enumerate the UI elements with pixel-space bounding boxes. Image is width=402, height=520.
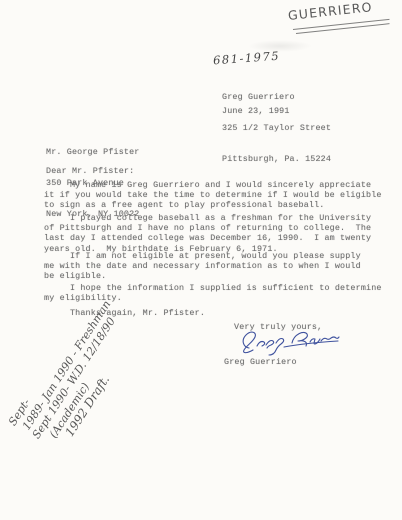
paragraph-2: I played college baseball as a freshman … [44, 213, 371, 254]
sender-city: Pittsburgh, Pa. 15224 [222, 154, 331, 164]
margin-note: Sept- 1989- Jan 1990 - Freshman Sept 199… [6, 290, 147, 457]
recipient-name: Mr. George Pfister [46, 147, 140, 157]
letter-page: GUERRIERO 681-1975 Greg Guerriero 325 1/… [0, 0, 402, 520]
sender-name: Greg Guerriero [222, 92, 331, 102]
signature-ink [240, 329, 340, 359]
sender-street: 325 1/2 Taylor Street [222, 123, 331, 133]
handwritten-surname: GUERRIERO [287, 0, 373, 23]
paragraph-3: If I am not eligible at present, would y… [44, 251, 361, 282]
sender-address: Greg Guerriero 325 1/2 Taylor Street Pit… [222, 72, 331, 184]
letter-date: June 23, 1991 [222, 106, 290, 116]
typed-signature-name: Greg Guerriero [224, 357, 297, 367]
surname-underline-2 [296, 23, 390, 34]
paragraph-1: My name is Greg Guerriero and I would si… [44, 180, 382, 211]
handwritten-phone: 681-1975 [213, 49, 281, 68]
salutation: Dear Mr. Pfister: [46, 166, 134, 176]
